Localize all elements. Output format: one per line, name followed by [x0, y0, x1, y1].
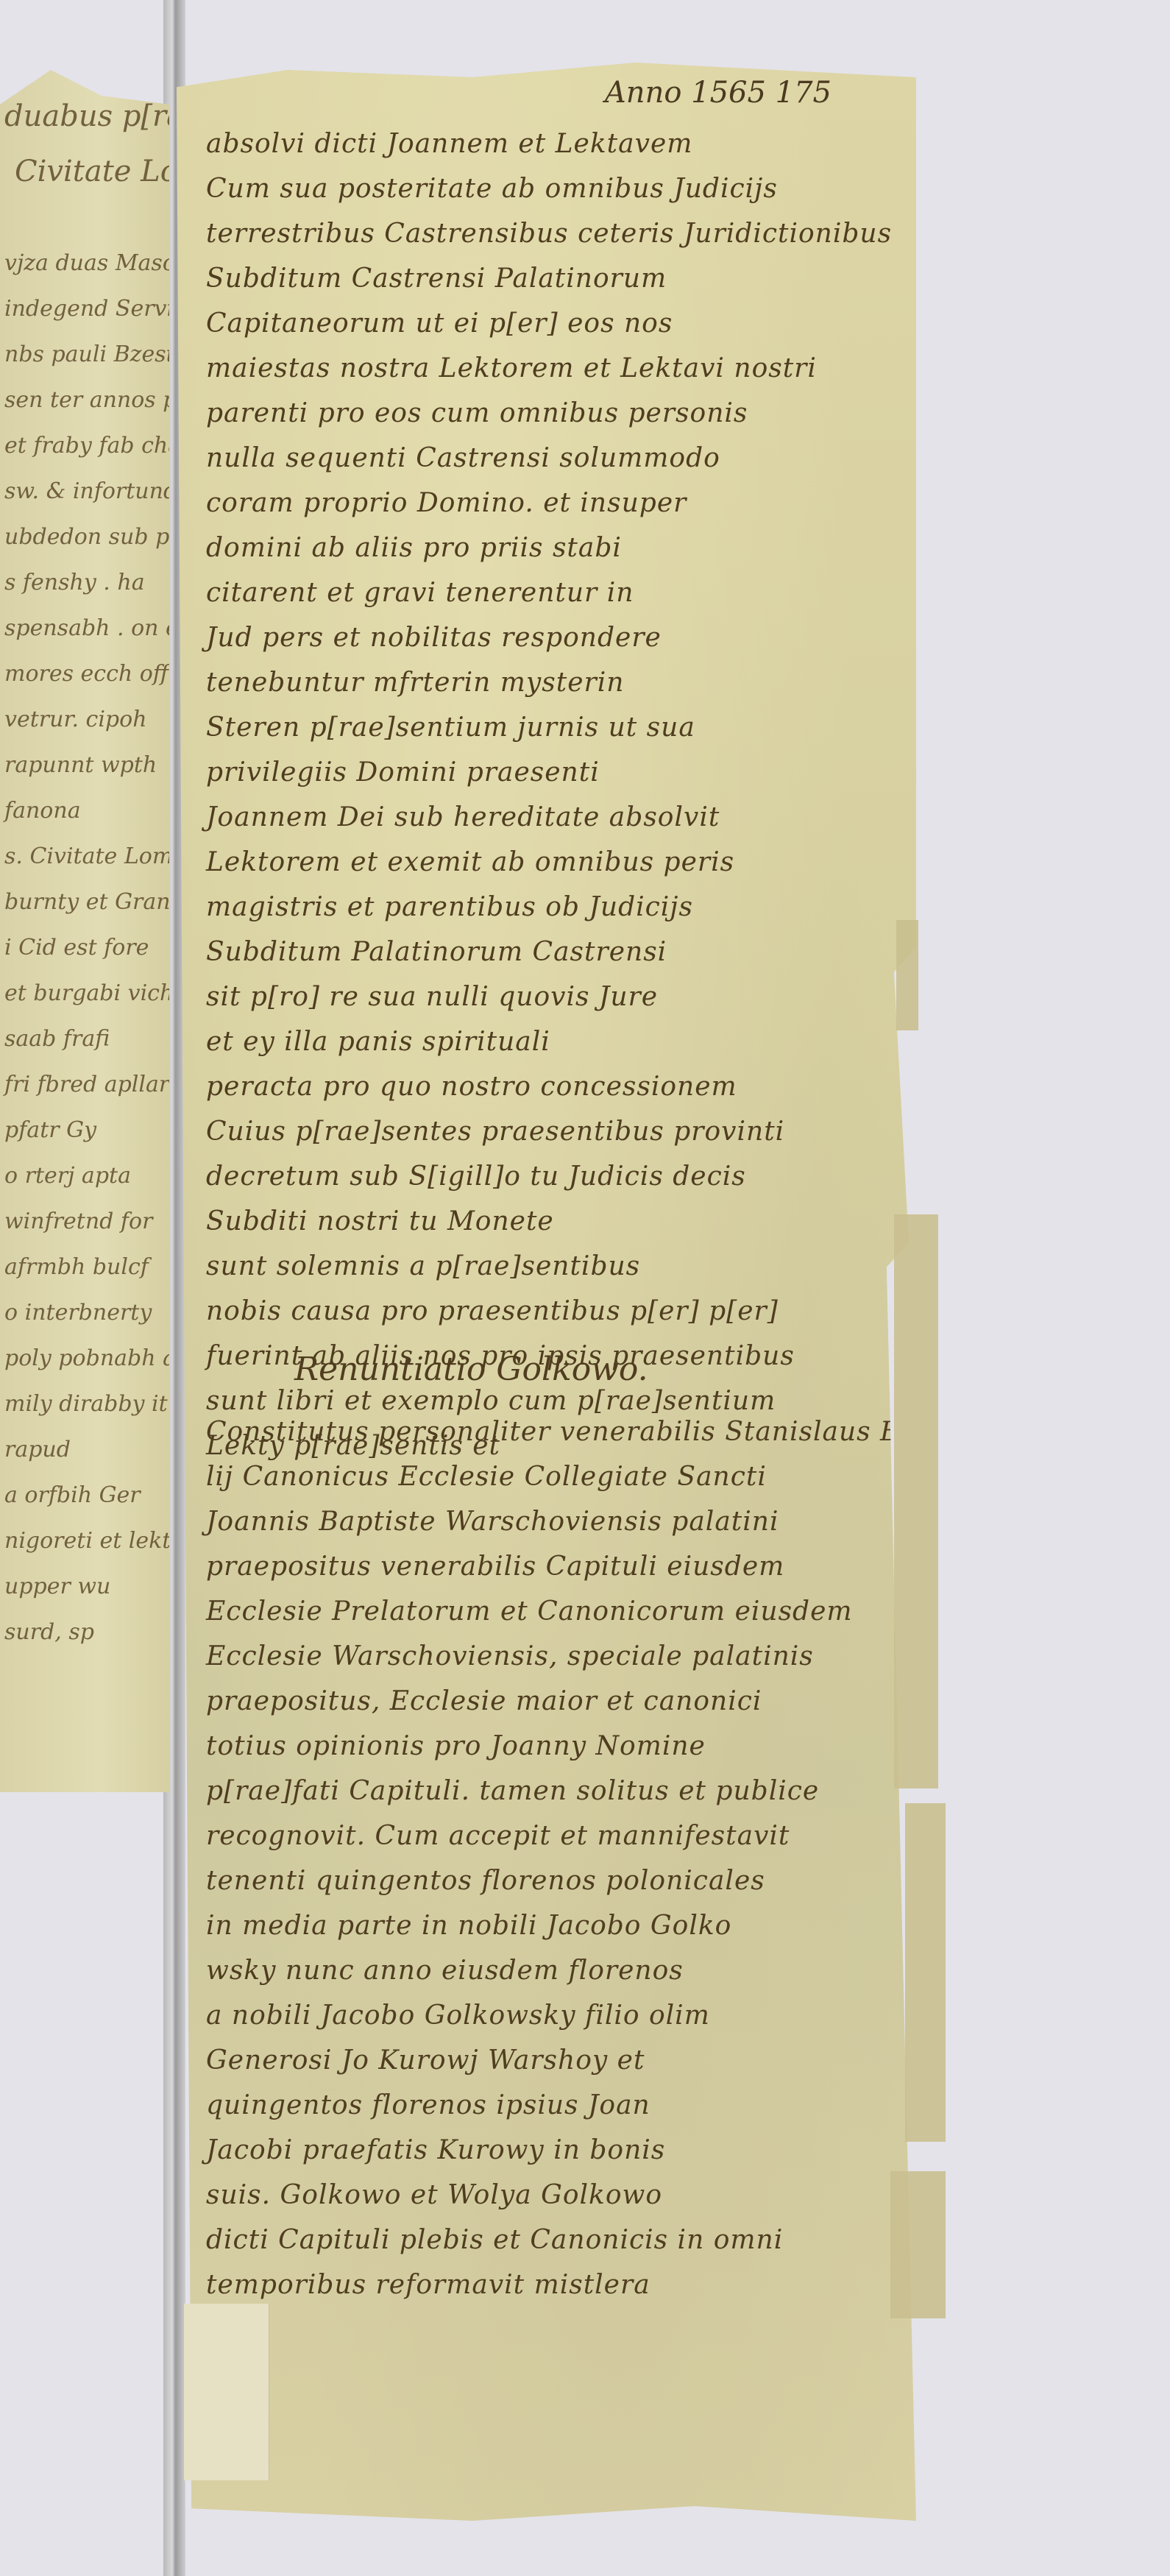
manuscript-line: quingentos florenos ipsius Joan: [206, 2083, 868, 2128]
left-heading-line: duabus p[rae]scindis: [4, 99, 169, 133]
manuscript-line: Subditum Palatinorum Castrensi: [206, 930, 868, 974]
manuscript-line: wsky nunc anno eiusdem florenos: [206, 1948, 868, 1993]
left-page-line: saab frafi: [4, 1026, 110, 1052]
manuscript-line: Capitaneorum ut ei p[er] eos nos: [206, 301, 868, 346]
left-page-line: s. Civitate Lom: [4, 843, 169, 869]
manuscript-line: domini ab aliis pro priis stabi: [206, 526, 868, 570]
manuscript-line: dicti Capituli plebis et Canonicis in om…: [206, 2218, 868, 2262]
left-page-line: et burgabi vich: [4, 980, 169, 1006]
torn-edge-fragment: [890, 2171, 946, 2318]
left-page-line: surd, sp: [4, 1619, 94, 1645]
left-page-line: s fenshy . ha: [4, 570, 145, 595]
manuscript-line: Jud pers et nobilitas respondere: [206, 615, 868, 660]
left-page-line: pfatr Gy: [4, 1117, 96, 1143]
left-page-line: i Cid est fore: [4, 935, 149, 960]
manuscript-line: Cum sua posteritate ab omnibus Judicijs: [206, 166, 868, 211]
manuscript-line: parenti pro eos cum omnibus personis: [206, 391, 868, 436]
manuscript-line: coram proprio Domino. et insuper: [206, 481, 868, 526]
manuscript-line: tenenti quingentos florenos polonicales: [206, 1858, 868, 1903]
manuscript-line: temporibus reformavit mistlera: [206, 2262, 868, 2307]
manuscript-line: Lektorem et exemit ab omnibus peris: [206, 840, 868, 885]
manuscript-line: Jacobi praefatis Kurowy in bonis: [206, 2128, 868, 2173]
manuscript-line: lij Canonicus Ecclesie Collegiate Sancti: [206, 1454, 868, 1499]
folio-number: Anno 1565 175: [605, 76, 832, 110]
left-page-line: ubdedon sub paul: [4, 524, 169, 550]
manuscript-line: Ecclesie Warschoviensis, speciale palati…: [206, 1634, 868, 1679]
manuscript-line: Generosi Jo Kurowj Warshoy et: [206, 2038, 868, 2083]
manuscript-line: terrestribus Castrensibus ceteris Juridi…: [206, 211, 868, 256]
left-page-line: nigoreti et lektu: [4, 1528, 169, 1554]
entry-2-text: Constitutus personaliter venerabilis Sta…: [206, 1409, 868, 2307]
manuscript-line: Joannem Dei sub hereditate absolvit: [206, 795, 868, 840]
entry-heading: Renuntiatio Golkowo.: [294, 1351, 648, 1388]
left-page-line: sen ter annos paul: [4, 387, 169, 413]
left-page-line: sw. & infortund fo: [4, 478, 169, 504]
left-page-line: vetrur. cipoh: [4, 707, 147, 732]
left-page-line: afrmbh bulcf: [4, 1254, 149, 1280]
manuscript-line: p[rae]fati Capituli. tamen solitus et pu…: [206, 1769, 868, 1814]
left-facing-page: duabus p[rae]scindis Civitate Lomsen vjz…: [0, 70, 169, 1792]
left-page-line: mily dirabby it: [4, 1391, 168, 1417]
manuscript-line: a nobili Jacobo Golkowsky filio olim: [206, 1993, 868, 2038]
entry-1-text: absolvi dicti Joannem et LektavemCum sua…: [206, 121, 868, 1468]
left-page-line: burnty et Grand: [4, 889, 169, 915]
manuscript-line: citarent et gravi tenerentur in: [206, 570, 868, 615]
manuscript-line: absolvi dicti Joannem et Lektavem: [206, 121, 868, 166]
manuscript-line: recognovit. Cum accepit et mannifestavit: [206, 1814, 868, 1858]
manuscript-line: tenebuntur mfrterin mysterin: [206, 660, 868, 705]
manuscript-line: Constitutus personaliter venerabilis Sta…: [206, 1409, 868, 1454]
left-page-line: spensabh . on ech: [4, 615, 169, 641]
manuscript-line: nulla sequenti Castrensi solummodo: [206, 436, 868, 481]
left-page-line: poly pobnabh adeb: [4, 1345, 169, 1371]
manuscript-line: Subditi nostri tu Monete: [206, 1199, 868, 1244]
manuscript-line: peracta pro quo nostro concessionem: [206, 1064, 868, 1109]
manuscript-line: suis. Golkowo et Wolya Golkowo: [206, 2173, 868, 2218]
manuscript-line: Joannis Baptiste Warschoviensis palatini: [206, 1499, 868, 1544]
main-manuscript-page: Anno 1565 175 absolvi dicti Joannem et L…: [177, 63, 916, 2521]
manuscript-line: privilegiis Domini praesenti: [206, 750, 868, 795]
left-page-line: fanona: [4, 798, 81, 824]
manuscript-line: decretum sub S[igill]o tu Judicis decis: [206, 1154, 868, 1199]
torn-edge-fragment: [894, 1214, 938, 1788]
manuscript-line: Cuius p[rae]sentes praesentibus provinti: [206, 1109, 868, 1154]
manuscript-line: sunt solemnis a p[rae]sentibus: [206, 1244, 868, 1289]
manuscript-line: magistris et parentibus ob Judicijs: [206, 885, 868, 930]
folded-paper-strip: [184, 2304, 269, 2480]
manuscript-line: et ey illa panis spirituali: [206, 1019, 868, 1064]
manuscript-line: Subditum Castrensi Palatinorum: [206, 256, 868, 301]
torn-edge-fragment: [905, 1803, 946, 2142]
left-page-line: vjza duas Masovie: [4, 250, 169, 276]
left-page-line: o rterj apta: [4, 1163, 131, 1189]
torn-edge-fragment: [896, 920, 918, 1030]
manuscript-line: praepositus, Ecclesie maior et canonici: [206, 1679, 868, 1724]
left-page-line: upper wu: [4, 1574, 110, 1599]
left-page-line: fri fbred apllari: [4, 1072, 169, 1097]
left-page-line: a orfbih Ger: [4, 1482, 141, 1508]
left-page-line: mores ecch off: [4, 661, 169, 687]
left-page-line: rapunnt wpth: [4, 752, 157, 778]
manuscript-line: praepositus venerabilis Capituli eiusdem: [206, 1544, 868, 1589]
manuscript-line: nobis causa pro praesentibus p[er] p[er]: [206, 1289, 868, 1334]
left-page-line: et fraby fab chang: [4, 433, 169, 459]
manuscript-line: in media parte in nobili Jacobo Golko: [206, 1903, 868, 1948]
left-page-line: winfretnd for: [4, 1209, 152, 1234]
manuscript-line: Steren p[rae]sentium jurnis ut sua: [206, 705, 868, 750]
left-page-line: nbs pauli Bzesth Gni: [4, 342, 169, 367]
left-heading-line: Civitate Lomsen: [15, 155, 169, 188]
manuscript-line: sit p[ro] re sua nulli quovis Jure: [206, 974, 868, 1019]
manuscript-line: maiestas nostra Lektorem et Lektavi nost…: [206, 346, 868, 391]
left-page-line: indegend Servie mach: [4, 296, 169, 322]
left-page-line: rapud: [4, 1437, 71, 1462]
manuscript-line: totius opinionis pro Joanny Nomine: [206, 1724, 868, 1769]
left-page-line: o interbnerty: [4, 1300, 152, 1326]
manuscript-line: Ecclesie Prelatorum et Canonicorum eiusd…: [206, 1589, 868, 1634]
